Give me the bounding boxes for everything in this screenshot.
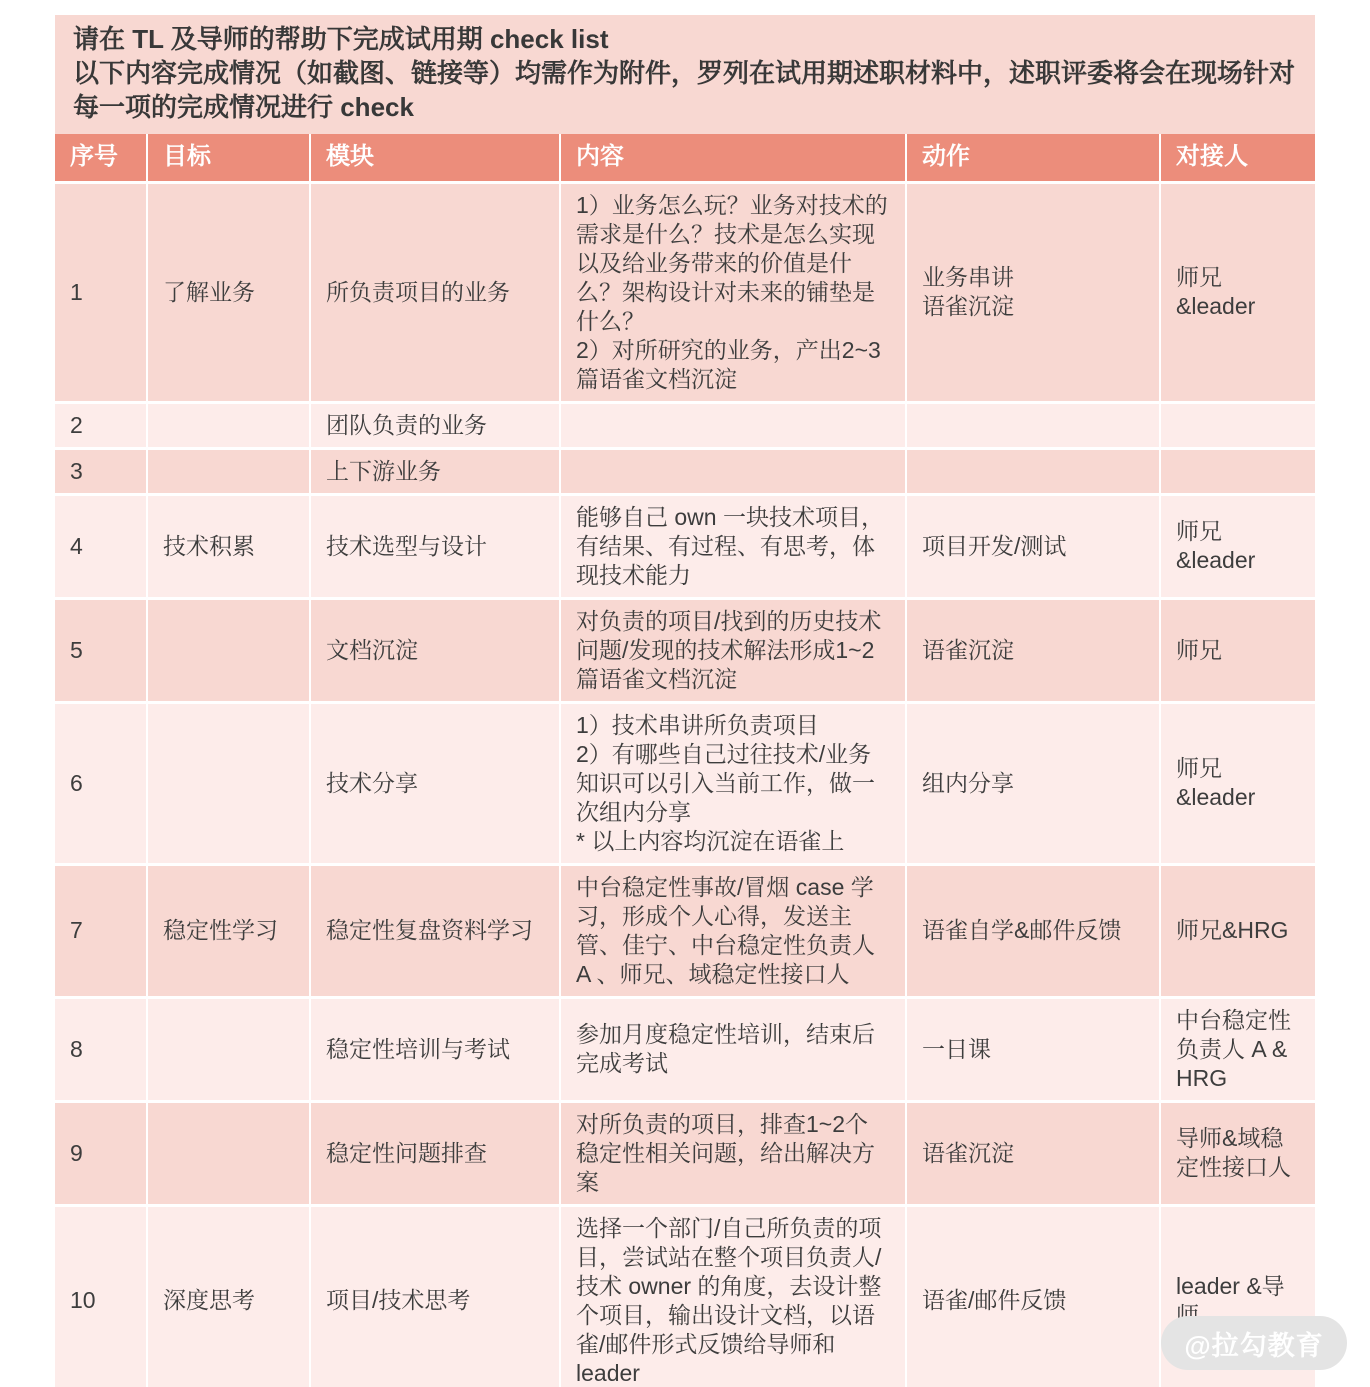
column-header-module: 模块 xyxy=(311,134,561,180)
cell-index: 10 xyxy=(55,1204,148,1387)
cell-content xyxy=(561,401,907,447)
table-header-row: 序号 目标 模块 内容 动作 对接人 xyxy=(55,134,1315,180)
cell-module: 稳定性问题排查 xyxy=(311,1100,561,1204)
cell-action: 业务串讲 语雀沉淀 xyxy=(907,181,1161,401)
cell-contact xyxy=(1161,401,1315,447)
cell-index: 2 xyxy=(55,401,148,447)
cell-index: 4 xyxy=(55,493,148,597)
cell-action xyxy=(907,401,1161,447)
cell-contact: 师兄 &leader xyxy=(1161,181,1315,401)
intro-block: 请在 TL 及导师的帮助下完成试用期 check list 以下内容完成情况（如… xyxy=(55,15,1315,134)
cell-action xyxy=(907,447,1161,493)
cell-module: 技术选型与设计 xyxy=(311,493,561,597)
cell-contact xyxy=(1161,447,1315,493)
checklist-table: 序号 目标 模块 内容 动作 对接人 1 了解业务 所负责项目的业务 1）业务怎… xyxy=(55,134,1315,1387)
cell-action: 语雀沉淀 xyxy=(907,1100,1161,1204)
cell-contact: 师兄 &leader xyxy=(1161,493,1315,597)
column-header-index: 序号 xyxy=(55,134,148,180)
cell-index: 5 xyxy=(55,597,148,701)
cell-goal xyxy=(148,597,311,701)
cell-goal xyxy=(148,447,311,493)
watermark-badge: @拉勾教育 xyxy=(1161,1316,1347,1370)
intro-line-1: 请在 TL 及导师的帮助下完成试用期 check list xyxy=(73,23,1297,57)
cell-contact: 师兄&HRG xyxy=(1161,863,1315,996)
cell-goal xyxy=(148,1100,311,1204)
cell-goal xyxy=(148,401,311,447)
cell-module: 稳定性培训与考试 xyxy=(311,996,561,1100)
cell-module: 项目/技术思考 xyxy=(311,1204,561,1387)
cell-content xyxy=(561,447,907,493)
cell-goal xyxy=(148,996,311,1100)
cell-module: 上下游业务 xyxy=(311,447,561,493)
cell-goal: 深度思考 xyxy=(148,1204,311,1387)
cell-index: 3 xyxy=(55,447,148,493)
cell-action: 语雀自学&邮件反馈 xyxy=(907,863,1161,996)
cell-module: 文档沉淀 xyxy=(311,597,561,701)
cell-content: 对负责的项目/找到的历史技术问题/发现的技术解法形成1~2篇语雀文档沉淀 xyxy=(561,597,907,701)
table-row: 10 深度思考 项目/技术思考 选择一个部门/自己所负责的项目，尝试站在整个项目… xyxy=(55,1204,1315,1387)
cell-content: 1）业务怎么玩？业务对技术的需求是什么？技术是怎么实现以及给业务带来的价值是什么… xyxy=(561,181,907,401)
table-row: 8 稳定性培训与考试 参加月度稳定性培训，结束后完成考试 一日课 中台稳定性负责… xyxy=(55,996,1315,1100)
cell-action: 组内分享 xyxy=(907,701,1161,863)
cell-module: 团队负责的业务 xyxy=(311,401,561,447)
cell-index: 7 xyxy=(55,863,148,996)
table-row: 3 上下游业务 xyxy=(55,447,1315,493)
cell-module: 稳定性复盘资料学习 xyxy=(311,863,561,996)
cell-content: 中台稳定性事故/冒烟 case 学习，形成个人心得，发送主管、佳宁、中台稳定性负… xyxy=(561,863,907,996)
cell-content: 对所负责的项目，排查1~2个稳定性相关问题，给出解决方案 xyxy=(561,1100,907,1204)
cell-goal: 了解业务 xyxy=(148,181,311,401)
cell-module: 所负责项目的业务 xyxy=(311,181,561,401)
cell-content: 参加月度稳定性培训，结束后完成考试 xyxy=(561,996,907,1100)
table-row: 5 文档沉淀 对负责的项目/找到的历史技术问题/发现的技术解法形成1~2篇语雀文… xyxy=(55,597,1315,701)
cell-index: 9 xyxy=(55,1100,148,1204)
cell-module: 技术分享 xyxy=(311,701,561,863)
column-header-goal: 目标 xyxy=(148,134,311,180)
cell-index: 6 xyxy=(55,701,148,863)
cell-goal: 技术积累 xyxy=(148,493,311,597)
table-row: 4 技术积累 技术选型与设计 能够自己 own 一块技术项目，有结果、有过程、有… xyxy=(55,493,1315,597)
table-row: 7 稳定性学习 稳定性复盘资料学习 中台稳定性事故/冒烟 case 学习，形成个… xyxy=(55,863,1315,996)
table-row: 1 了解业务 所负责项目的业务 1）业务怎么玩？业务对技术的需求是什么？技术是怎… xyxy=(55,181,1315,401)
cell-action: 一日课 xyxy=(907,996,1161,1100)
cell-contact: 师兄 xyxy=(1161,597,1315,701)
table-row: 9 稳定性问题排查 对所负责的项目，排查1~2个稳定性相关问题，给出解决方案 语… xyxy=(55,1100,1315,1204)
column-header-action: 动作 xyxy=(907,134,1161,180)
cell-action: 语雀/邮件反馈 xyxy=(907,1204,1161,1387)
cell-goal: 稳定性学习 xyxy=(148,863,311,996)
cell-content: 选择一个部门/自己所负责的项目，尝试站在整个项目负责人/技术 owner 的角度… xyxy=(561,1204,907,1387)
table-row: 6 技术分享 1）技术串讲所负责项目 2）有哪些自己过往技术/业务知识可以引入当… xyxy=(55,701,1315,863)
table-row: 2 团队负责的业务 xyxy=(55,401,1315,447)
cell-index: 8 xyxy=(55,996,148,1100)
column-header-content: 内容 xyxy=(561,134,907,180)
cell-content: 能够自己 own 一块技术项目，有结果、有过程、有思考，体现技术能力 xyxy=(561,493,907,597)
cell-content: 1）技术串讲所负责项目 2）有哪些自己过往技术/业务知识可以引入当前工作，做一次… xyxy=(561,701,907,863)
cell-contact: 中台稳定性负责人 A & HRG xyxy=(1161,996,1315,1100)
cell-contact: 师兄 &leader xyxy=(1161,701,1315,863)
cell-action: 项目开发/测试 xyxy=(907,493,1161,597)
checklist-document: 请在 TL 及导师的帮助下完成试用期 check list 以下内容完成情况（如… xyxy=(55,15,1315,1387)
cell-action: 语雀沉淀 xyxy=(907,597,1161,701)
cell-contact: 导师&域稳定性接口人 xyxy=(1161,1100,1315,1204)
cell-goal xyxy=(148,701,311,863)
cell-index: 1 xyxy=(55,181,148,401)
column-header-contact: 对接人 xyxy=(1161,134,1315,180)
watermark-label: @拉勾教育 xyxy=(1184,1324,1323,1363)
intro-line-2: 以下内容完成情况（如截图、链接等）均需作为附件，罗列在试用期述职材料中，述职评委… xyxy=(73,57,1297,125)
